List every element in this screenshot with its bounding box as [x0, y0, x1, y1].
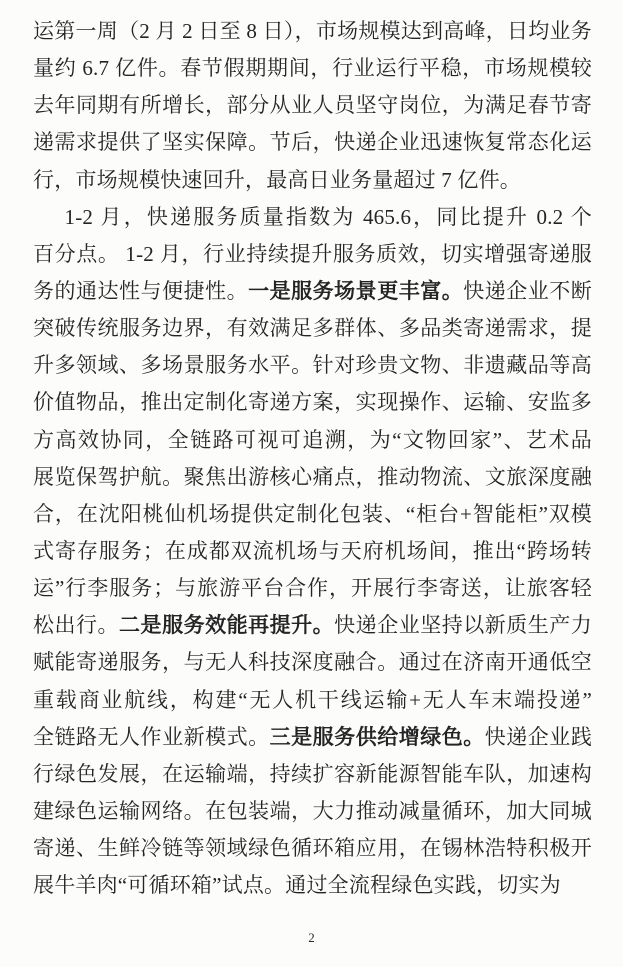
- text-segment: 重载商业航线，构建“无人机干线运输+无人车末端投递”: [33, 688, 592, 712]
- text-segment: 快递企业坚持以新质生产力: [334, 613, 592, 637]
- text-line: 量约 6.7 亿件。春节假期期间，行业运行平稳，市场规模较: [33, 50, 592, 87]
- text-segment: 合，在沈阳桃仙机场提供定制化包装、“柜台+智能柜”双模: [33, 502, 592, 526]
- text-segment: 突破传统服务边界，有效满足多群体、多品类寄递需求，提: [33, 316, 592, 340]
- text-segment: 行绿色发展，在运输端，持续扩容新能源智能车队，加速构: [33, 762, 592, 786]
- text-segment: 升多领域、多场景服务水平。针对珍贵文物、非遗藏品等高: [33, 353, 592, 377]
- text-segment: 价值物品，推出定制化寄递方案，实现操作、运输、安监多: [33, 390, 592, 414]
- text-line: 价值物品，推出定制化寄递方案，实现操作、运输、安监多: [33, 384, 592, 421]
- text-line: 松出行。二是服务效能再提升。快递企业坚持以新质生产力: [33, 607, 592, 644]
- text-line: 突破传统服务边界，有效满足多群体、多品类寄递需求，提: [33, 310, 592, 347]
- text-line: 运”行李服务；与旅游平台合作，开展行李寄送，让旅客轻: [33, 570, 592, 607]
- bold-heading-segment: 一是服务场景更丰富。: [248, 279, 463, 303]
- text-segment: 建绿色运输网络。在包装端，大力推动减量循环，加大同城: [33, 799, 592, 823]
- text-segment: 松出行。: [33, 613, 119, 637]
- text-line: 去年同期有所增长，部分从业人员坚守岗位，为满足春节寄: [33, 87, 592, 124]
- text-segment: 务的通达性与便捷性。: [33, 279, 248, 303]
- text-line: 行绿色发展，在运输端，持续扩容新能源智能车队，加速构: [33, 756, 592, 793]
- text-segment: 快递企业践: [485, 725, 592, 749]
- text-line: 赋能寄递服务，与无人科技深度融合。通过在济南开通低空: [33, 644, 592, 681]
- text-segment: 量约 6.7 亿件。春节假期期间，行业运行平稳，市场规模较: [33, 56, 592, 80]
- bold-heading-segment: 三是服务供给增绿色。: [270, 725, 485, 749]
- text-segment: 赋能寄递服务，与无人科技深度融合。通过在济南开通低空: [33, 650, 592, 674]
- text-line: 展览保驾护航。聚焦出游核心痛点，推动物流、文旅深度融: [33, 459, 592, 496]
- text-line: 寄递、生鲜冷链等领域绿色循环箱应用，在锡林浩特积极开: [33, 830, 592, 867]
- text-line: 1-2 月，快递服务质量指数为 465.6，同比提升 0.2 个: [33, 199, 592, 236]
- text-line: 展牛羊肉“可循环箱”试点。通过全流程绿色实践，切实为: [33, 867, 592, 904]
- document-page: 运第一周（2 月 2 日至 8 日），市场规模达到高峰，日均业务量约 6.7 亿…: [0, 0, 623, 967]
- text-line: 全链路无人作业新模式。三是服务供给增绿色。快递企业践: [33, 719, 592, 756]
- text-line: 式寄存服务；在成都双流机场与天府机场间，推出“跨场转: [33, 533, 592, 570]
- text-segment: 行，市场规模快速回升，最高日业务量超过 7 亿件。: [33, 168, 521, 192]
- text-line: 递需求提供了坚实保障。节后，快递企业迅速恢复常态化运: [33, 124, 592, 161]
- text-segment: 方高效协同，全链路可视可追溯，为“文物回家”、艺术品: [33, 428, 592, 452]
- text-segment: 快递企业不断: [463, 279, 592, 303]
- text-segment: 寄递、生鲜冷链等领域绿色循环箱应用，在锡林浩特积极开: [33, 836, 592, 860]
- text-line: 运第一周（2 月 2 日至 8 日），市场规模达到高峰，日均业务: [33, 13, 592, 50]
- text-segment: 式寄存服务；在成都双流机场与天府机场间，推出“跨场转: [33, 539, 592, 563]
- text-line: 升多领域、多场景服务水平。针对珍贵文物、非遗藏品等高: [33, 347, 592, 384]
- bold-heading-segment: 二是服务效能再提升。: [119, 613, 334, 637]
- text-segment: 展览保驾护航。聚焦出游核心痛点，推动物流、文旅深度融: [33, 465, 592, 489]
- text-line: 务的通达性与便捷性。一是服务场景更丰富。快递企业不断: [33, 273, 592, 310]
- text-line: 建绿色运输网络。在包装端，大力推动减量循环，加大同城: [33, 793, 592, 830]
- text-segment: 1-2 月，快递服务质量指数为 465.6，同比提升 0.2 个: [65, 205, 593, 229]
- text-segment: 去年同期有所增长，部分从业人员坚守岗位，为满足春节寄: [33, 93, 592, 117]
- text-line: 方高效协同，全链路可视可追溯，为“文物回家”、艺术品: [33, 422, 592, 459]
- text-segment: 展牛羊肉“可循环箱”试点。通过全流程绿色实践，切实为: [33, 873, 561, 897]
- text-segment: 运”行李服务；与旅游平台合作，开展行李寄送，让旅客轻: [33, 576, 592, 600]
- page-number: 2: [0, 928, 623, 948]
- text-segment: 递需求提供了坚实保障。节后，快递企业迅速恢复常态化运: [33, 130, 592, 154]
- text-line: 合，在沈阳桃仙机场提供定制化包装、“柜台+智能柜”双模: [33, 496, 592, 533]
- text-line: 行，市场规模快速回升，最高日业务量超过 7 亿件。: [33, 162, 592, 199]
- text-segment: 百分点。 1-2 月，行业持续提升服务质效，切实增强寄递服: [33, 242, 592, 266]
- document-body: 运第一周（2 月 2 日至 8 日），市场规模达到高峰，日均业务量约 6.7 亿…: [33, 13, 592, 904]
- text-segment: 全链路无人作业新模式。: [33, 725, 270, 749]
- text-line: 重载商业航线，构建“无人机干线运输+无人车末端投递”: [33, 682, 592, 719]
- text-line: 百分点。 1-2 月，行业持续提升服务质效，切实增强寄递服: [33, 236, 592, 273]
- text-segment: 运第一周（2 月 2 日至 8 日），市场规模达到高峰，日均业务: [33, 19, 592, 43]
